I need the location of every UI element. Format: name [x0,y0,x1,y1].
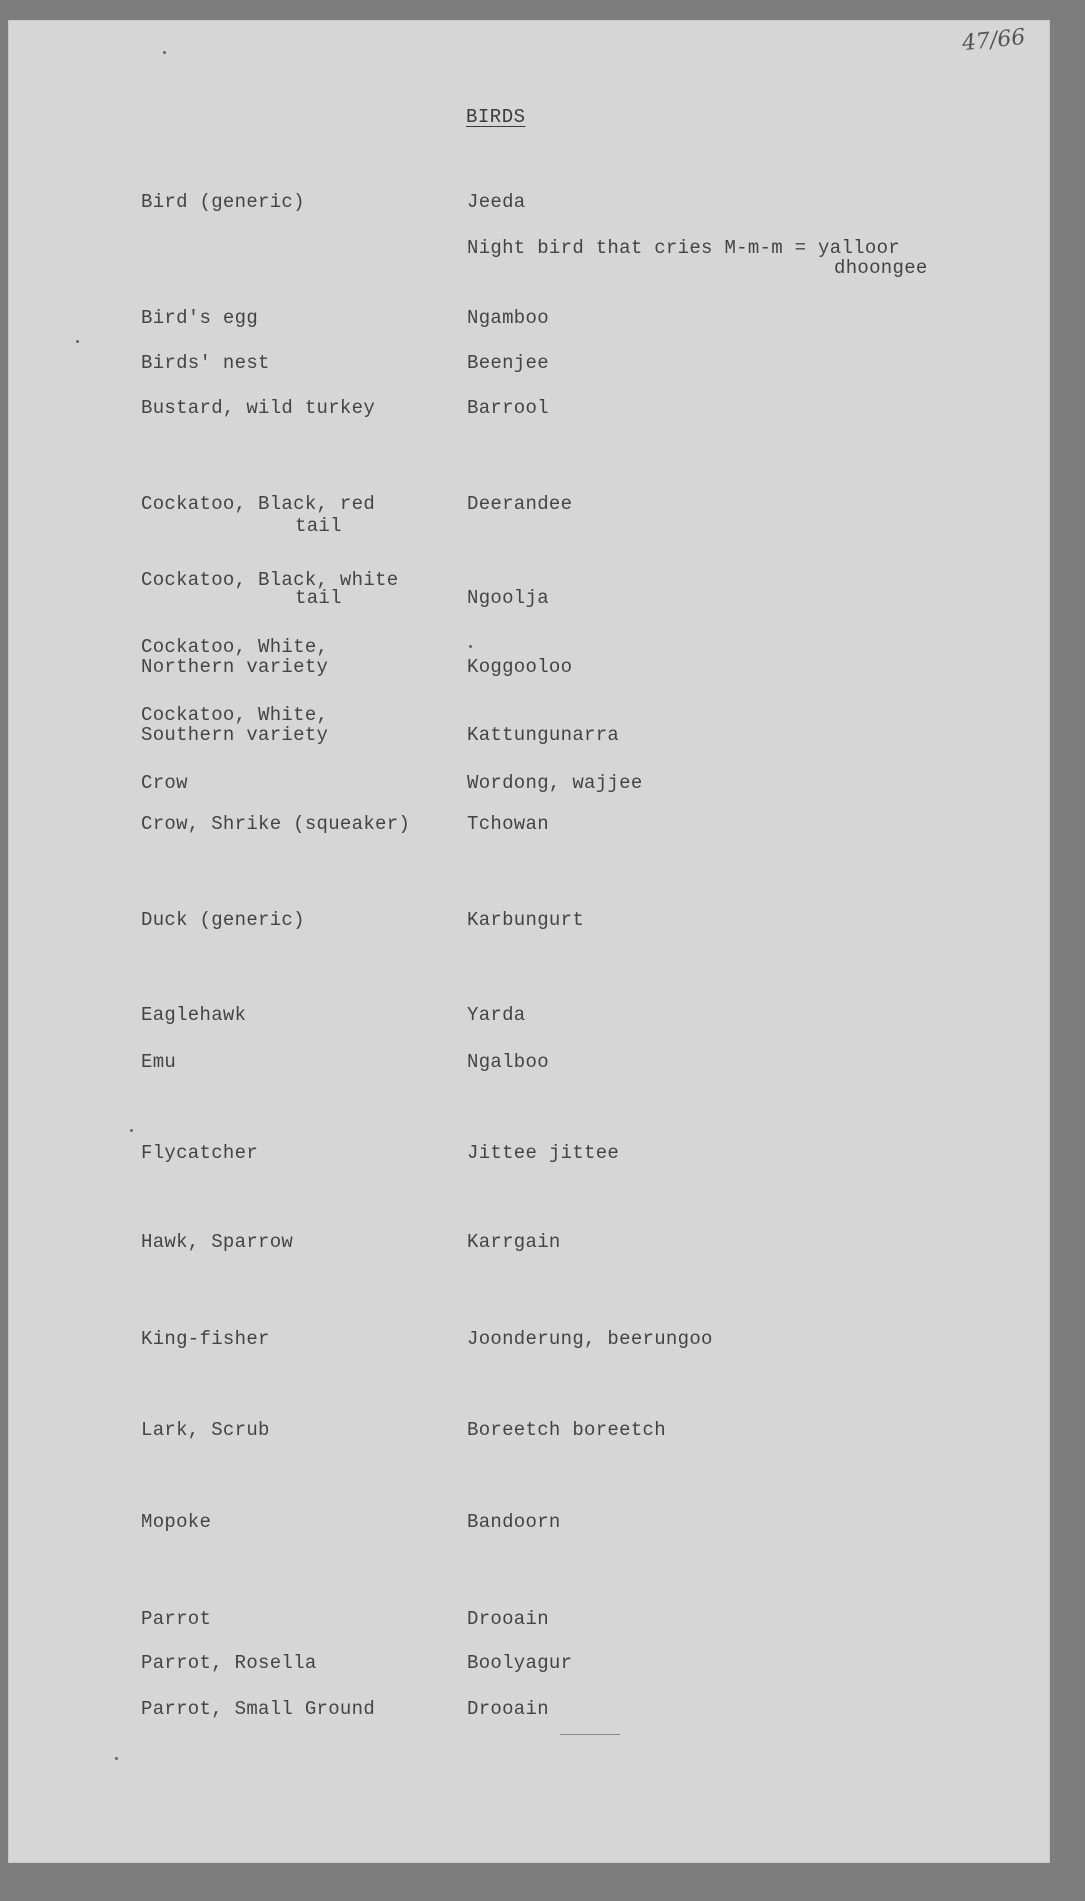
entry-native: Ngalboo [467,1052,549,1072]
entry-native: Beenjee [467,353,549,373]
entry-english-cont: Northern variety [141,657,328,677]
entry-english: Emu [141,1052,176,1072]
entry-native: Jeeda [467,192,526,212]
entry-english: Bird's egg [141,308,258,328]
paper-speck [76,340,79,343]
entry-native-note: Night bird that cries M-m-m = yalloor [467,238,900,258]
entry-english: Hawk, Sparrow [141,1232,293,1252]
entry-english: Lark, Scrub [141,1420,270,1440]
entry-english: Parrot, Small Ground [141,1699,375,1719]
entry-native: Tchowan [467,814,549,834]
paper-speck [469,645,472,648]
entry-english: Eaglehawk [141,1005,246,1025]
entry-native: Boreetch boreetch [467,1420,666,1440]
entry-english: Bustard, wild turkey [141,398,375,418]
entry-english: Crow, Shrike (squeaker) [141,814,410,834]
entry-english: Birds' nest [141,353,270,373]
entry-native: Kattungunarra [467,725,619,745]
entry-native-note-cont: dhoongee [834,258,928,278]
entry-english: Cockatoo, White, [141,637,328,657]
entry-english: King-fisher [141,1329,270,1349]
entry-native: Wordong, wajjee [467,773,643,793]
entry-english: Cockatoo, Black, white [141,570,398,590]
entry-native: Boolyagur [467,1653,572,1673]
entry-english: Cockatoo, Black, red [141,494,375,514]
entry-native: Bandoorn [467,1512,561,1532]
entry-english: Crow [141,773,188,793]
entry-native: Drooain [467,1609,549,1629]
entry-native: Deerandee [467,494,572,514]
paper-speck [115,1757,118,1760]
paper-speck [130,1129,133,1132]
entry-native: Joonderung, beerungoo [467,1329,713,1349]
entry-english: Bird (generic) [141,192,305,212]
entry-english: Cockatoo, White, [141,705,328,725]
entry-native: Ngamboo [467,308,549,328]
document-page [8,20,1050,1863]
entry-native: Ngoolja [467,588,549,608]
entry-native: Koggooloo [467,657,572,677]
entry-native: Karrgain [467,1232,561,1252]
entry-native: Barrool [467,398,549,418]
entry-english: Flycatcher [141,1143,258,1163]
entry-native: Yarda [467,1005,526,1025]
entry-english-cont: tail [295,516,342,536]
entry-native: Karbungurt [467,910,584,930]
entry-native: Jittee jittee [467,1143,619,1163]
entry-english-cont: tail [295,588,342,608]
entry-english: Duck (generic) [141,910,305,930]
entry-english-cont: Southern variety [141,725,328,745]
page-title: BIRDS [466,106,526,128]
entry-english: Mopoke [141,1512,211,1532]
paper-speck [163,51,166,54]
entry-english: Parrot [141,1609,211,1629]
entry-english: Parrot, Rosella [141,1653,317,1673]
ink-stroke [560,1734,620,1735]
entry-native: Drooain [467,1699,549,1719]
